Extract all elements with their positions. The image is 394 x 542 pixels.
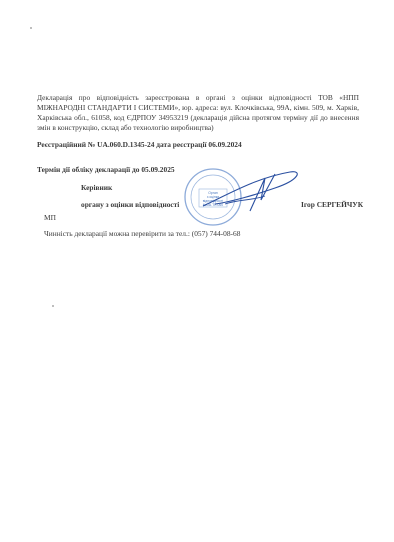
registration-number: Реєстраційний № UA.060.D.1345-24 дата ре… (37, 140, 242, 150)
mp-label: МП (44, 213, 56, 223)
scan-speck (52, 305, 54, 307)
declaration-paragraph: Декларація про відповідність зареєстрова… (37, 93, 359, 133)
document-page: Декларація про відповідність зареєстрова… (0, 0, 394, 542)
signatory-name: Ігор СЕРГЕЙЧУК (301, 200, 363, 210)
org-title: органу з оцінки відповідності (81, 200, 179, 210)
head-title: Керівник (81, 183, 112, 193)
term-of-validity: Термін дії обліку декларації до 05.09.20… (37, 165, 175, 175)
signature-icon (195, 166, 305, 221)
scan-speck (30, 27, 32, 29)
validity-check-text: Чинність декларації можна перевірити за … (44, 229, 240, 239)
